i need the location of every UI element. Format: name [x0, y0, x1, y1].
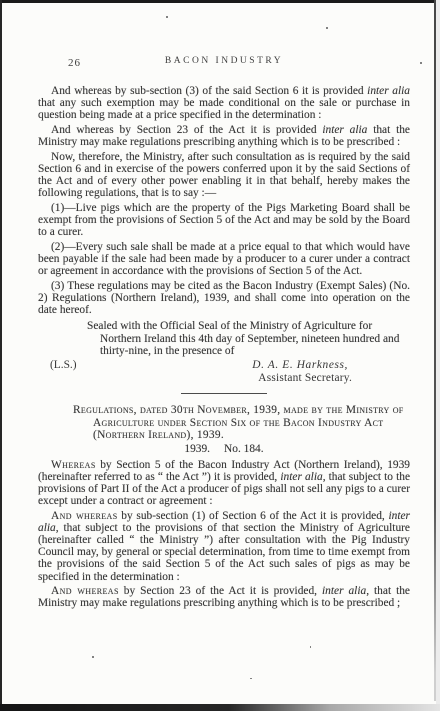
scan-edge-left	[0, 0, 2, 711]
doc1-paragraph-enacting: Now, therefore, the Ministry, after such…	[38, 151, 410, 200]
page-header: 26 BACON INDUSTRY	[38, 56, 410, 70]
section-divider-rule	[181, 393, 267, 394]
regulation-year: 1939.	[177, 443, 217, 455]
scan-edge-right-band	[436, 0, 440, 711]
scan-speck	[250, 678, 252, 679]
regulation-heading: Regulations, dated 30th November, 1939, …	[93, 404, 406, 441]
doc1-paragraph-recital-1: And whereas by sub-section (3) of the sa…	[38, 85, 410, 121]
regulation-number-line: 1939.No. 184.	[38, 443, 410, 455]
scan-speck	[420, 62, 422, 64]
signature-title: Assistant Secretary.	[258, 372, 352, 384]
running-head: BACON INDUSTRY	[38, 56, 410, 66]
scan-edge-right	[434, 0, 436, 701]
scan-edge-top	[0, 0, 440, 3]
scan-speck	[92, 656, 94, 658]
doc1-regulation-2: (2)—Every such sale shall be made at a p…	[38, 241, 410, 277]
sealing-clause: Sealed with the Official Seal of the Min…	[38, 320, 410, 357]
scan-speck	[326, 27, 328, 29]
scan-edge-bottom	[0, 704, 440, 711]
doc1-regulation-3: (3) These regulations may be cited as th…	[38, 280, 410, 316]
page-content: 26 BACON INDUSTRY And whereas by sub-sec…	[38, 56, 410, 612]
signature-row: (L.S.) D. A. E. Harkness, Assistant Secr…	[38, 359, 410, 384]
signature-block: D. A. E. Harkness, Assistant Secretary.	[252, 359, 352, 384]
doc2-paragraph-recital-1: Whereas by Section 5 of the Bacon Indust…	[38, 459, 410, 508]
signature-name: D. A. E. Harkness,	[252, 359, 352, 371]
page-number: 26	[68, 57, 81, 69]
scan-speck	[166, 16, 168, 18]
scan-speck	[310, 646, 311, 648]
regulation-number: No. 184.	[217, 443, 271, 455]
doc1-paragraph-recital-2: And whereas by Section 23 of the Act it …	[38, 124, 410, 148]
doc2-paragraph-recital-3: And whereas by Section 23 of the Act it …	[38, 585, 410, 609]
doc1-regulation-1: (1)—Live pigs which are the property of …	[38, 202, 410, 238]
doc2-paragraph-recital-2: And whereas by sub-section (1) of Sectio…	[38, 510, 410, 583]
seal-locus-mark: (L.S.)	[50, 359, 77, 372]
scanned-document-page: 26 BACON INDUSTRY And whereas by sub-sec…	[0, 0, 440, 711]
